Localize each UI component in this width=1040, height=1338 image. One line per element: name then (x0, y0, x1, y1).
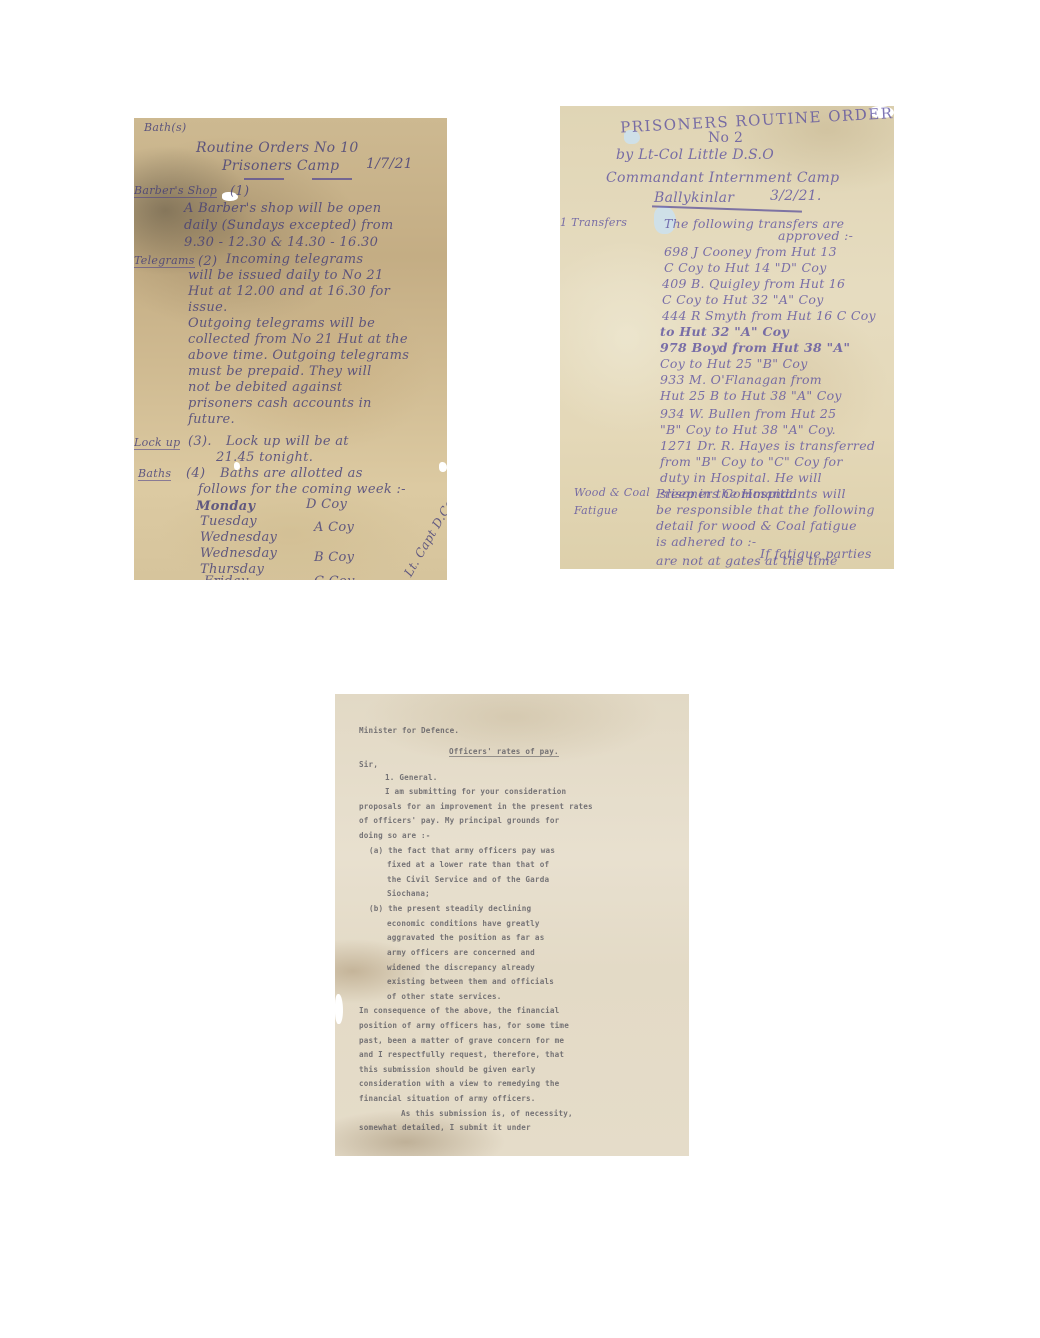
text-line: above time. Outgoing telegrams (188, 348, 409, 363)
text-line: economic conditions have greatly (387, 919, 540, 928)
text-line: 409 B. Quigley from Hut 16 (662, 276, 845, 291)
text-line: Lock up will be at (226, 434, 349, 449)
text-line: and I respectfully request, therefore, t… (359, 1050, 564, 1059)
text-line: follows for the coming week :- (198, 482, 406, 497)
text-line: existing between them and officials (387, 977, 554, 986)
section-margin-label: Baths (138, 467, 171, 481)
text-line: widened the discrepancy already (387, 963, 535, 972)
text-line: prisoners cash accounts in (188, 396, 372, 411)
document-title: PRISONERS ROUTINE ORDERS (620, 106, 894, 136)
text-line: 21.45 tonight. (216, 450, 313, 465)
commandant-role: Commandant Internment Camp (606, 170, 839, 186)
header-underline (652, 205, 802, 212)
schedule-company: A Coy (314, 520, 354, 535)
text-line: Incoming telegrams (226, 252, 363, 267)
text-line: must be prepaid. They will (188, 364, 372, 379)
text-line: Siochana; (387, 889, 430, 898)
text-line: As this submission is, of necessity, (401, 1109, 573, 1118)
text-line: army officers are concerned and (387, 948, 535, 957)
section-margin-label: Telegrams (134, 254, 195, 268)
text-line: not be debited against (188, 380, 342, 395)
schedule-day: Tuesday (200, 514, 257, 529)
section-margin-label: Barber's Shop (134, 184, 217, 198)
text-line: Baths are allotted as (220, 466, 363, 481)
schedule-day: Wednesday (200, 546, 277, 561)
paper-tear (439, 462, 447, 472)
text-line: duty in Hospital. He will (660, 470, 822, 485)
text-line: 933 M. O'Flanagan from (660, 372, 822, 387)
text-line: C Coy to Hut 32 "A" Coy (662, 292, 824, 307)
document-date: 3/2/21. (770, 188, 822, 204)
document-subtitle: Prisoners Camp (222, 158, 339, 174)
text-line: 934 W. Bullen from Hut 25 (660, 406, 836, 421)
salutation: Sir, (359, 760, 378, 769)
text-line: past, been a matter of grave concern for… (359, 1036, 564, 1045)
text-line: Coy to Hut 25 "B" Coy (660, 356, 808, 371)
text-line: of officers' pay. My principal grounds f… (359, 816, 559, 825)
issued-by: by Lt-Col Little D.S.O (616, 147, 774, 163)
document-number: No 2 (708, 130, 743, 146)
section-number: (2) (198, 254, 217, 269)
text-line: collected from No 21 Hut at the (188, 332, 408, 347)
text-line: (b) the present steadily declining (369, 904, 531, 913)
section-heading: 1. General. (385, 773, 438, 782)
text-line: somewhat detailed, I submit it under (359, 1123, 531, 1132)
text-line: is adhered to :- (656, 534, 756, 549)
text-line: to Hut 32 "A" Coy (660, 324, 789, 339)
text-line: daily (Sundays excepted) from (184, 218, 393, 233)
text-line: fixed at a lower rate than that of (387, 860, 549, 869)
text-line: 978 Boyd from Hut 38 "A" (660, 340, 850, 355)
text-line: issue. (188, 300, 228, 315)
text-line: Hut 25 B to Hut 38 "A" Coy (660, 388, 842, 403)
document-title: Routine Orders No 10 (196, 140, 359, 156)
text-line: I am submitting for your consideration (385, 787, 566, 796)
text-line: Prisoners Commandants will (656, 486, 846, 501)
section-margin-label: 1 Transfers (560, 216, 627, 229)
text-line: A Barber's shop will be open (184, 201, 381, 216)
text-line: are not at gates at the time (656, 553, 838, 568)
section-number: (4) (186, 466, 205, 481)
addressee: Minister for Defence. (359, 726, 459, 735)
text-line: proposals for an improvement in the pres… (359, 802, 593, 811)
scanned-document-prisoners-routine-orders-no2: PRISONERS ROUTINE ORDERS No 2 by Lt-Col … (560, 106, 894, 569)
section-number: (3). (188, 434, 212, 449)
corner-note: Bath(s) (144, 121, 186, 134)
text-line: (a) the fact that army officers pay was (369, 846, 555, 855)
text-line: 444 R Smyth from Hut 16 C Coy (662, 308, 876, 323)
subject-line: Officers' rates of pay. (449, 747, 559, 757)
scanned-document-officers-rates-of-pay: Minister for Defence. Officers' rates of… (335, 694, 689, 1156)
text-line: position of army officers has, for some … (359, 1021, 569, 1030)
text-line: consideration with a view to remedying t… (359, 1079, 559, 1088)
text-line: Hut at 12.00 and at 16.30 for (188, 284, 390, 299)
location: Ballykinlar (654, 190, 734, 206)
text-line: financial situation of army officers. (359, 1094, 536, 1103)
paper-tear (335, 994, 343, 1024)
text-line: "B" Coy to Hut 38 "A" Coy. (660, 422, 836, 437)
schedule-company: C Coy (314, 574, 355, 580)
text-line: of other state services. (387, 992, 502, 1001)
schedule-day: Wednesday (200, 530, 277, 545)
text-line: detail for wood & Coal fatigue (656, 518, 857, 533)
title-underline (312, 178, 352, 180)
document-date: 1/7/21 (366, 156, 413, 172)
text-line: approved :- (778, 228, 853, 243)
text-line: In consequence of the above, the financi… (359, 1006, 559, 1015)
schedule-day: Friday (204, 574, 249, 580)
text-line: the Civil Service and of the Garda (387, 875, 549, 884)
text-line: 9.30 - 12.30 & 14.30 - 16.30 (184, 235, 378, 250)
text-line: be responsible that the following (656, 502, 875, 517)
signature: Lt. Capt D.Coy (401, 491, 447, 579)
text-line: 1271 Dr. R. Hayes is transferred (660, 438, 875, 453)
section-margin-label: Lock up (134, 436, 180, 450)
text-line: this submission should be given early (359, 1065, 536, 1074)
section-margin-label: Wood & Coal Fatigue (574, 484, 654, 520)
text-line: 698 J Cooney from Hut 13 (664, 244, 837, 259)
schedule-company: B Coy (314, 550, 354, 565)
text-line: aggravated the position as far as (387, 933, 544, 942)
text-line: will be issued daily to No 21 (188, 268, 384, 283)
section-number: (1) (230, 184, 249, 199)
schedule-day: Monday (196, 499, 255, 514)
text-line: doing so are :- (359, 831, 431, 840)
text-line: from "B" Coy to "C" Coy for (660, 454, 843, 469)
title-underline (244, 178, 284, 180)
text-line: Outgoing telegrams will be (188, 316, 375, 331)
text-line: future. (188, 412, 235, 427)
scanned-document-routine-orders-no10: Bath(s) Routine Orders No 10 Prisoners C… (134, 118, 447, 580)
schedule-company: D Coy (306, 497, 347, 512)
text-line: C Coy to Hut 14 "D" Coy (664, 260, 827, 275)
